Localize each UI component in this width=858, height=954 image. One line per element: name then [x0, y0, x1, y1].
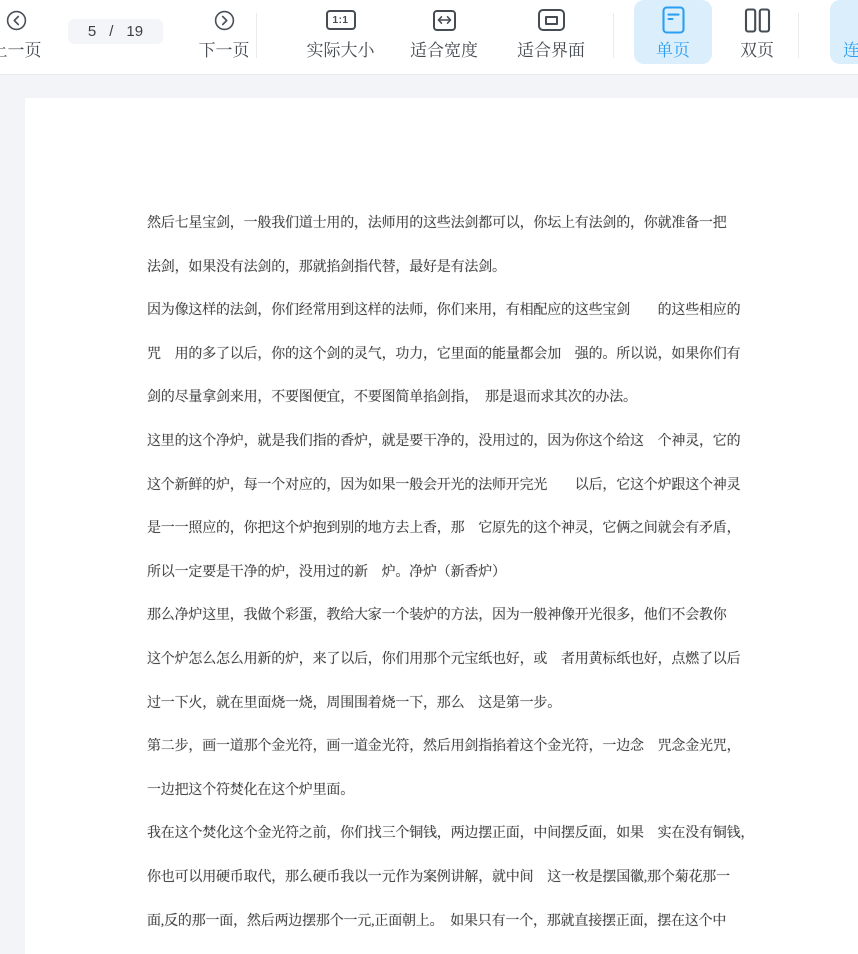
single-page-icon	[661, 8, 686, 32]
text-line: 法剑，如果没有法剑的，那就掐剑指代替，最好是有法剑。	[147, 246, 757, 290]
text-line: 咒 用的多了以后，你的这个剑的灵气，功力，它里面的能量都会加 强的。所以说，如果…	[147, 333, 757, 377]
pdf-reader-window: { "toolbar": { "prev_label": "上一页", "nex…	[0, 0, 858, 954]
continuous-mode-button[interactable]: 连续	[830, 0, 858, 64]
single-page-button[interactable]: 单页	[634, 0, 712, 64]
circle-chevron-right-icon	[214, 8, 235, 32]
toolbar-divider	[613, 13, 614, 58]
text-line: 你也可以用硬币取代，那么硬币我以一元作为案例讲解，就中间 这一枚是摆国徽,那个菊…	[147, 856, 757, 900]
fit-page-label: 适合界面	[517, 42, 585, 60]
fit-width-label: 适合宽度	[410, 42, 478, 60]
fit-width-icon	[433, 8, 456, 32]
toolbar-divider	[256, 13, 257, 58]
text-line: 面,反的那一面，然后两边摆那个一元,正面朝上。 如果只有一个，那就直接摆正面，摆…	[147, 900, 757, 944]
single-page-label: 单页	[656, 42, 690, 60]
prev-page-button[interactable]: 上一页	[0, 0, 46, 66]
text-line: 是一一照应的，你把这个炉抱到别的地方去上香，那 它原先的这个神灵，它俩之间就会有…	[147, 507, 757, 551]
text-line: 第二步，画一道那个金光符，画一道金光符，然后用剑指掐着这个金光符，一边念 咒念金…	[147, 725, 757, 769]
toolbar-divider	[798, 13, 799, 58]
text-line: 过一下火，就在里面烧一烧，周围围着烧一下，那么 这是第一步。	[147, 682, 757, 726]
fit-width-button[interactable]: 适合宽度	[408, 0, 480, 66]
text-line: 那么净炉这里，我做个彩蛋，教给大家一个装炉的方法，因为一般神像开光很多，他们不会…	[147, 594, 757, 638]
total-pages-value: 19	[126, 23, 143, 40]
text-line: 所以一定要是干净的炉，没用过的新 炉。净炉（新香炉）	[147, 551, 757, 595]
text-line: 这个新鲜的炉，每一个对应的，因为如果一般会开光的法师开完光 以后，它这个炉跟这个…	[147, 464, 757, 508]
next-page-button[interactable]: 下一页	[194, 0, 254, 66]
prev-page-label: 上一页	[0, 42, 42, 60]
toolbar: 上一页 5 / 19 下一页 1:1 实际大小	[0, 0, 858, 75]
double-page-icon	[744, 8, 771, 32]
double-page-button[interactable]: 双页	[726, 0, 788, 66]
fit-page-icon	[538, 8, 565, 32]
text-line: 剑的尽量拿剑来用，不要图便宜，不要图简单掐剑指， 那是退而求其次的办法。	[147, 376, 757, 420]
text-line: 我在这个焚化这个金光符之前，你们找三个铜钱，两边摆正面，中间摆反面，如果 实在没…	[147, 812, 757, 856]
text-line: 这里的这个净炉，就是我们指的香炉，就是要干净的，没用过的，因为你这个给这 个神灵…	[147, 420, 757, 464]
continuous-mode-label: 连续	[843, 42, 858, 60]
current-page-value: 5	[88, 23, 96, 40]
double-page-label: 双页	[740, 42, 774, 60]
next-page-label: 下一页	[199, 42, 250, 60]
circle-chevron-left-icon	[6, 8, 27, 32]
actual-size-icon: 1:1	[326, 8, 356, 32]
text-line: 然后七星宝剑，一般我们道士用的，法师用的这些法剑都可以，你坛上有法剑的，你就准备…	[147, 202, 757, 246]
page-separator: /	[109, 23, 113, 40]
page-number-input[interactable]: 5 / 19	[68, 19, 163, 44]
text-line: 因为像这样的法剑，你们经常用到这样的法师，你们来用，有相配应的这些宝剑 的这些相…	[147, 289, 757, 333]
actual-size-label: 实际大小	[307, 42, 375, 60]
document-page[interactable]: 然后七星宝剑，一般我们道士用的，法师用的这些法剑都可以，你坛上有法剑的，你就准备…	[25, 98, 858, 954]
text-line: 一边把这个符焚化在这个炉里面。	[147, 769, 757, 813]
text-line: 这个炉怎么怎么用新的炉，来了以后，你们用那个元宝纸也好，或 者用黄标纸也好，点燃…	[147, 638, 757, 682]
actual-size-button[interactable]: 1:1 实际大小	[303, 0, 378, 66]
fit-page-button[interactable]: 适合界面	[513, 0, 589, 66]
document-text: 然后七星宝剑，一般我们道士用的，法师用的这些法剑都可以，你坛上有法剑的，你就准备…	[147, 202, 757, 943]
